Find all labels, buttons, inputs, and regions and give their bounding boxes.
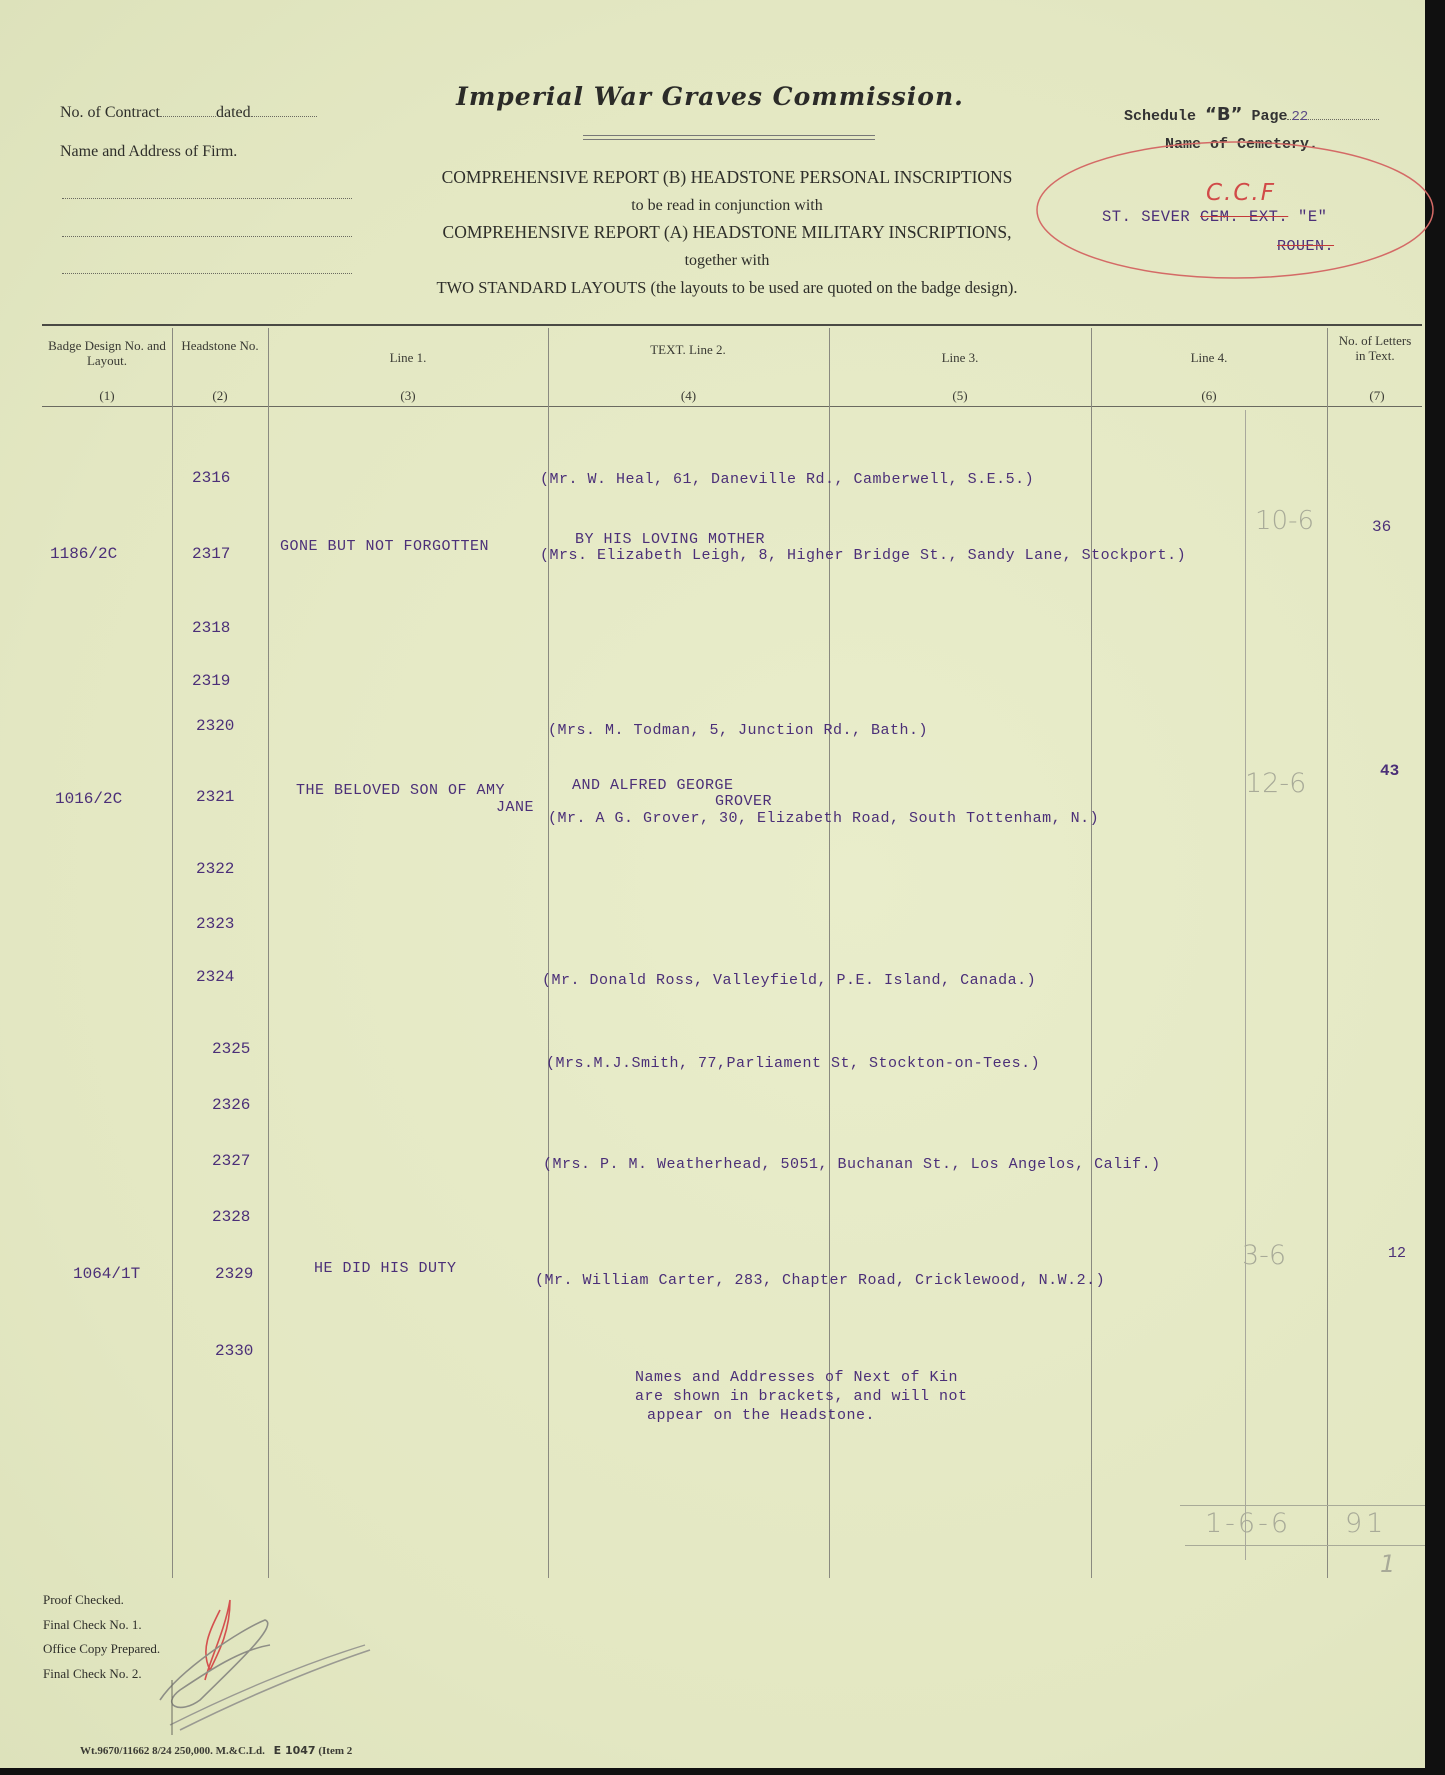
inscription-line-2: AND ALFRED GEORGE xyxy=(572,777,734,794)
cemetery-name-start: ST. SEVER xyxy=(1102,208,1200,226)
col-header-label: Badge Design No. and Layout. xyxy=(48,338,166,368)
col-header-line3: Line 3. xyxy=(829,350,1091,365)
next-of-kin-address: (Mr. Donald Ross, Valleyfield, P.E. Isla… xyxy=(542,972,1036,989)
firm-line-3 xyxy=(62,273,352,274)
headstone-number: 2319 xyxy=(192,672,230,690)
headstone-number: 2327 xyxy=(212,1152,250,1170)
cemetery-name-end: "E" xyxy=(1288,208,1327,226)
col-header-label: TEXT. Line 2. xyxy=(650,342,726,357)
page-title: Imperial War Graves Commission. xyxy=(380,82,1040,111)
col-divider-6 xyxy=(1327,328,1328,1578)
letter-count: 12 xyxy=(1388,1245,1406,1262)
headstone-number: 2321 xyxy=(196,788,234,806)
table-top-rule xyxy=(42,324,1422,326)
next-of-kin-address: (Mr. W. Heal, 61, Daneville Rd., Camberw… xyxy=(540,471,1034,488)
dated-label: dated xyxy=(216,104,251,121)
inscription-line-2-continued: GROVER xyxy=(715,793,772,810)
inscription-line-1: HE DID HIS DUTY xyxy=(314,1260,457,1277)
cemetery-code-annotation: C.C.F xyxy=(1206,180,1276,206)
col-header-line4: Line 4. xyxy=(1091,350,1327,365)
next-of-kin-address: (Mr. A G. Grover, 30, Elizabeth Road, So… xyxy=(548,810,1099,827)
inscription-line-1: THE BELOVED SON OF AMY xyxy=(296,782,505,799)
col-header-line1: Line 1. xyxy=(268,350,548,365)
col-header-letters: No. of Letters in Text. xyxy=(1335,333,1415,363)
inscription-line-2: BY HIS LOVING MOTHER xyxy=(575,531,765,548)
cemetery-name: ST. SEVER CEM. EXT. "E" xyxy=(1102,208,1327,226)
next-of-kin-address: (Mrs. M. Todman, 5, Junction Rd., Bath.) xyxy=(548,722,928,739)
page-number: 22 xyxy=(1291,109,1308,125)
next-of-kin-address: (Mrs. P. M. Weatherhead, 5051, Buchanan … xyxy=(543,1156,1161,1173)
table-header-rule xyxy=(42,406,1422,407)
schedule-value: “B” xyxy=(1205,104,1242,125)
col-divider-2 xyxy=(268,328,269,1578)
col-number: (7) xyxy=(1327,388,1427,404)
pencil-divider xyxy=(1245,410,1246,1560)
letter-count: 36 xyxy=(1372,518,1391,536)
col-header-label: Headstone No. xyxy=(181,338,258,353)
headstone-number: 2325 xyxy=(212,1040,250,1058)
report-line-3: COMPREHENSIVE REPORT (A) HEADSTONE MILIT… xyxy=(372,219,1082,247)
col-header-badge: Badge Design No. and Layout. xyxy=(42,338,172,368)
report-line-1: COMPREHENSIVE REPORT (B) HEADSTONE PERSO… xyxy=(372,164,1082,192)
imprint-line: Wt.9670/11662 8/24 250,000. M.&C.Ld. E 1… xyxy=(80,1744,352,1757)
headstone-number: 2323 xyxy=(196,915,234,933)
total-letters: 91 xyxy=(1345,1508,1387,1539)
total-rule-top xyxy=(1180,1505,1425,1506)
cost-annotation: 3-6 xyxy=(1242,1240,1286,1271)
col-number: (5) xyxy=(829,388,1091,404)
headstone-number: 2326 xyxy=(212,1096,250,1114)
firm-label: Name and Address of Firm. xyxy=(60,143,237,161)
next-of-kin-address: (Mr. William Carter, 283, Chapter Road, … xyxy=(535,1272,1105,1289)
title-rule xyxy=(583,135,875,140)
note-line-3: appear on the Headstone. xyxy=(635,1406,968,1425)
letter-count: 43 xyxy=(1380,762,1399,780)
firm-line-1 xyxy=(62,198,352,199)
col-header-label: Line 1. xyxy=(390,350,427,365)
col-header-headstone: Headstone No. xyxy=(172,338,268,353)
report-description: COMPREHENSIVE REPORT (B) HEADSTONE PERSO… xyxy=(372,164,1082,302)
kin-note: Names and Addresses of Next of Kin are s… xyxy=(635,1368,968,1425)
note-line-1: Names and Addresses of Next of Kin xyxy=(635,1368,968,1387)
badge-design-number: 1186/2C xyxy=(50,545,117,563)
report-line-4: together with xyxy=(372,247,1082,275)
col-divider-5 xyxy=(1091,328,1092,1578)
total-extra-mark: 1 xyxy=(1380,1550,1395,1578)
firm-line-2 xyxy=(62,236,352,237)
report-line-5: TWO STANDARD LAYOUTS (the layouts to be … xyxy=(372,274,1082,302)
badge-design-number: 1064/1T xyxy=(73,1265,140,1283)
headstone-number: 2317 xyxy=(192,545,230,563)
col-number: (4) xyxy=(548,388,829,404)
signature-initials xyxy=(140,1590,380,1740)
col-number: (6) xyxy=(1091,388,1327,404)
headstone-number: 2320 xyxy=(196,717,234,735)
col-header-label: Line 4. xyxy=(1191,350,1228,365)
col-number: (3) xyxy=(268,388,548,404)
next-of-kin-address: (Mrs.M.J.Smith, 77,Parliament St, Stockt… xyxy=(546,1055,1040,1072)
cemetery-name-struck: CEM. EXT. xyxy=(1200,208,1288,226)
headstone-number: 2324 xyxy=(196,968,234,986)
cost-annotation: 12-6 xyxy=(1245,768,1306,799)
note-line-2: are shown in brackets, and will not xyxy=(635,1387,968,1406)
badge-design-number: 1016/2C xyxy=(55,790,122,808)
headstone-number: 2330 xyxy=(215,1342,253,1360)
col-divider-1 xyxy=(172,328,173,1578)
schedule-line: Schedule “B” Page22 xyxy=(1124,104,1379,125)
cost-annotation: 10-6 xyxy=(1255,506,1314,536)
col-header-line2: TEXT. Line 2. xyxy=(628,342,748,357)
next-of-kin-address: (Mrs. Elizabeth Leigh, 8, Higher Bridge … xyxy=(540,547,1186,564)
report-line-2: to be read in conjunction with xyxy=(372,192,1082,220)
total-rule-bottom xyxy=(1185,1545,1425,1546)
document-page: No. of Contractdated Name and Address of… xyxy=(0,0,1425,1768)
contract-line: No. of Contractdated xyxy=(60,104,317,122)
headstone-number: 2328 xyxy=(212,1208,250,1226)
page-label: Page xyxy=(1251,108,1287,125)
col-header-label: No. of Letters in Text. xyxy=(1339,333,1412,363)
col-header-label: Line 3. xyxy=(942,350,979,365)
item-label: (Item 2 xyxy=(318,1745,352,1757)
headstone-number: 2316 xyxy=(192,469,230,487)
col-divider-3 xyxy=(548,328,549,1578)
form-code: E 1047 xyxy=(274,1744,316,1757)
inscription-line-1: GONE BUT NOT FORGOTTEN xyxy=(280,538,489,555)
col-number: (1) xyxy=(42,388,172,404)
imprint-text: Wt.9670/11662 8/24 250,000. M.&C.Ld. xyxy=(80,1745,265,1757)
headstone-number: 2329 xyxy=(215,1265,253,1283)
col-number: (2) xyxy=(172,388,268,404)
contract-label: No. of Contract xyxy=(60,104,160,121)
schedule-label: Schedule xyxy=(1124,108,1196,125)
cemetery-city: ROUEN. xyxy=(1277,238,1334,255)
inscription-line-1-continued: JANE xyxy=(496,799,534,816)
headstone-number: 2322 xyxy=(196,860,234,878)
total-cost: 1-6-6 xyxy=(1205,1508,1291,1539)
headstone-number: 2318 xyxy=(192,619,230,637)
